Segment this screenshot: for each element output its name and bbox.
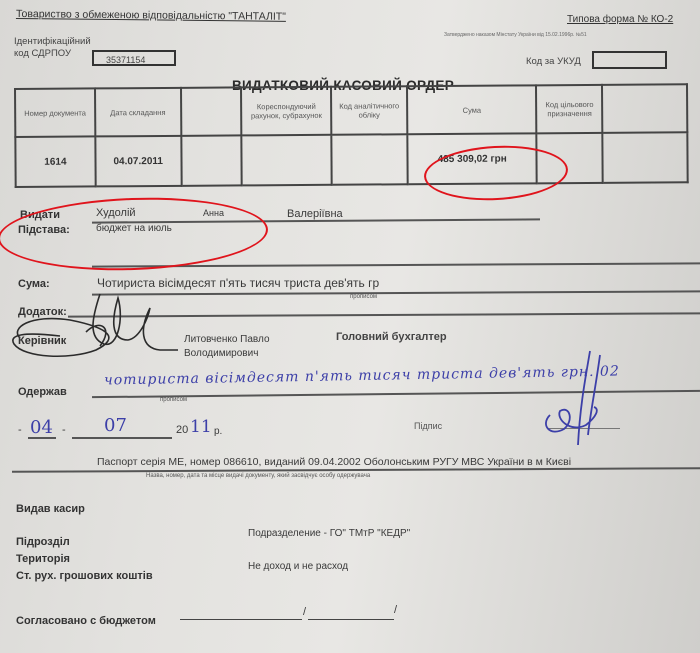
director-name: Литовченко Павло Володимирович (184, 333, 270, 361)
budget-separator-1: / (303, 606, 306, 618)
budget-field-1 (180, 619, 302, 620)
table-header-row: Номер документа Дата складання Кореспонд… (15, 84, 687, 137)
organization-name: Товариство з обмеженою відповідальністю … (16, 8, 286, 23)
director-signature-icon (0, 288, 190, 368)
budget-label: Согласовано с бюджетом (16, 615, 156, 627)
passport-hint: Назва, номер, дата та місце видачі докум… (146, 473, 370, 479)
cell-corr-account (242, 135, 332, 186)
ukud-label: Код за УКУД (526, 56, 581, 67)
approval-note: Затверджено наказом Мінстату України від… (444, 32, 587, 38)
order-table: Номер документа Дата складання Кореспонд… (14, 83, 689, 188)
cell-date: 04.07.2011 (95, 136, 181, 187)
date-year-suffix: 11 (190, 417, 212, 437)
territory-label: Територія (16, 553, 70, 565)
col-corr-account: Кореспондуючий рахунок, субрахунок (241, 87, 331, 136)
date-day: 04 (30, 417, 53, 438)
col-doc-number: Номер документа (15, 88, 95, 137)
budget-field-2 (308, 619, 394, 620)
id-code-label: Ідентифікаційний код СДРПОУ (14, 36, 91, 60)
cell-blank-2 (603, 132, 688, 183)
passport-underline (12, 467, 700, 473)
table-row: 1614 04.07.2011 485 309,02 грн (15, 132, 687, 187)
col-amount: Сума (407, 85, 537, 134)
id-code-field: 35371154 (92, 50, 176, 66)
col-date: Дата складання (95, 88, 181, 137)
budget-separator-2: / (394, 604, 397, 616)
director-name-line2: Володимирович (184, 347, 270, 361)
cashflow-label: Ст. рух. грошових коштів (16, 570, 153, 582)
date-year-prefix: 20 (176, 424, 188, 436)
recipient-patronymic: Валеріївна (287, 208, 343, 220)
date-dash-1: - (18, 424, 22, 436)
division-label: Підрозділ (16, 536, 70, 548)
date-year-unit: р. (214, 426, 222, 437)
col-analytic-code: Код аналітичного обліку (331, 86, 407, 135)
recipient-highlight-ellipse (0, 193, 269, 274)
id-label-line1: Ідентифікаційний (14, 36, 91, 48)
form-number: Типова форма № КО-2 (567, 14, 673, 25)
passport-details: Паспорт серія МЕ, номер 086610, виданий … (97, 456, 571, 468)
cashier-label: Видав касир (16, 503, 85, 515)
cashflow-value: Не доход и не расход (248, 561, 348, 572)
division-value: Подразделение - ГО" ТМтР "КЕДР" (248, 528, 410, 539)
date-month-underline (72, 437, 172, 439)
director-label: Керівник (18, 335, 66, 347)
cell-blank-1 (181, 135, 242, 185)
received-label: Одержав (18, 386, 67, 398)
date-day-underline (28, 437, 56, 439)
date-month: 07 (104, 415, 127, 436)
director-name-line1: Литовченко Павло (184, 333, 270, 347)
col-blank-1 (181, 87, 242, 135)
id-label-line2: код СДРПОУ (14, 48, 91, 60)
ukud-field (592, 51, 667, 69)
received-hint: прописом (160, 397, 187, 403)
signature-label: Підпис (414, 421, 442, 431)
chief-accountant-label: Головний бухгалтер (336, 331, 447, 343)
recipient-signature-icon (530, 345, 640, 455)
cell-doc-number: 1614 (15, 136, 95, 187)
amount-hint: прописом (350, 294, 377, 300)
cell-analytic-code (331, 134, 407, 185)
date-dash-2: - (62, 424, 66, 436)
col-blank-2 (602, 84, 687, 133)
col-purpose-code: Код цільового призначення (536, 85, 602, 133)
